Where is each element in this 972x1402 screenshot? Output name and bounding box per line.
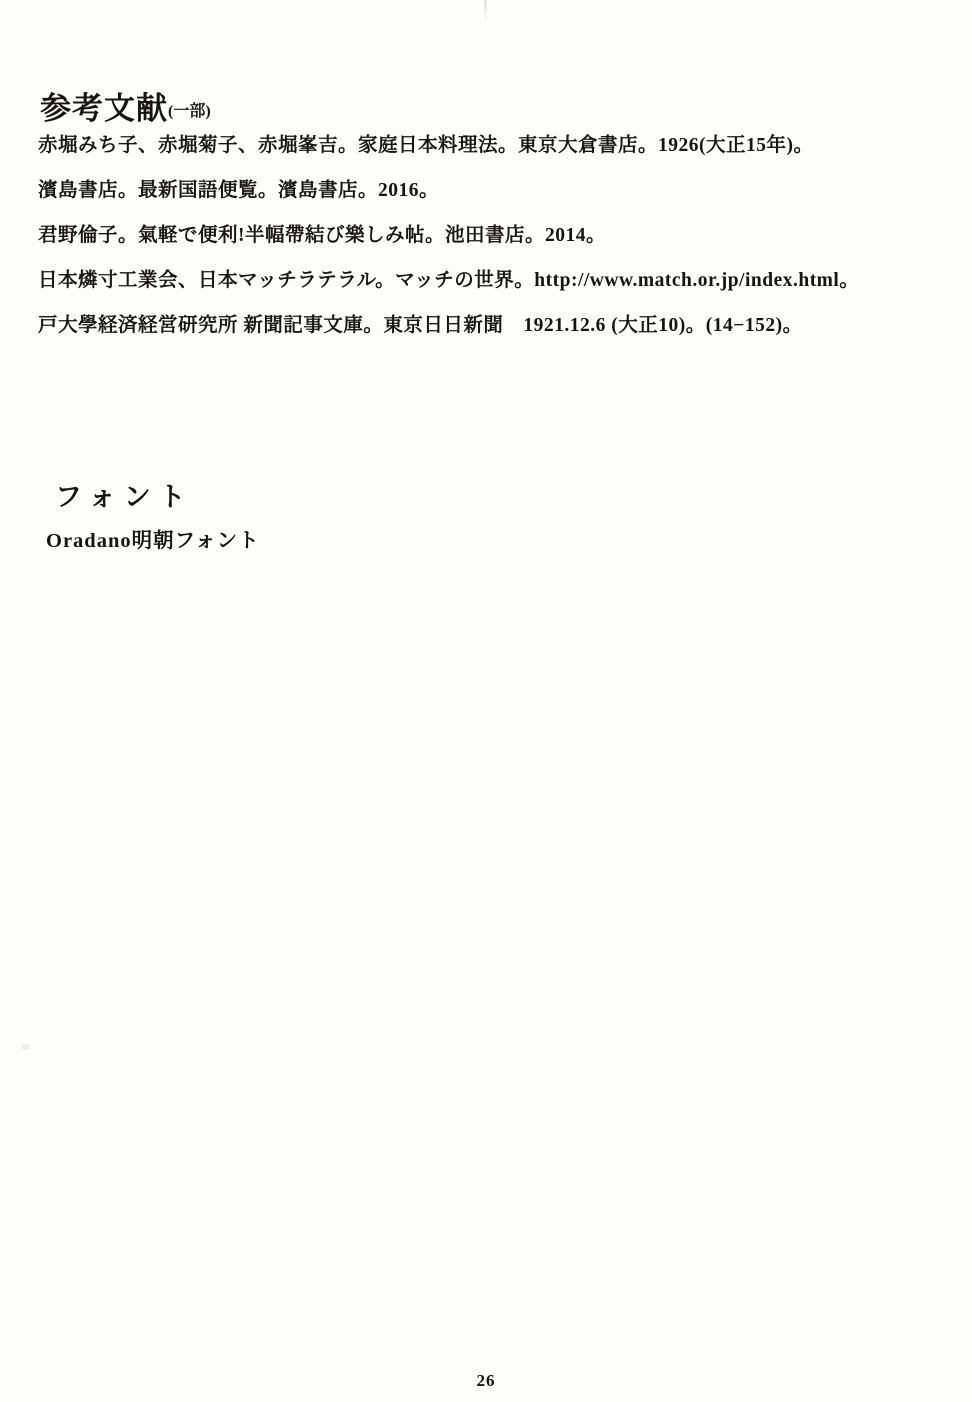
references-heading: 参考文献(一部)	[40, 83, 211, 128]
scan-fold-artifact	[484, 0, 487, 24]
font-list-item: Oradano明朝フォント	[46, 523, 260, 553]
page-number: 26	[0, 1371, 972, 1391]
reference-item: 君野倫子。氣軽で便利!半幅帶結び樂しみ帖。池田書店。2014。	[38, 219, 606, 247]
scan-smudge-artifact	[21, 1044, 30, 1050]
references-heading-text: 参考文献	[40, 91, 168, 126]
fonts-heading: フォント	[55, 475, 194, 514]
reference-item: 赤堀みち子、赤堀菊子、赤堀峯吉。家庭日本料理法。東京大倉書店。1926(大正15…	[38, 129, 814, 157]
scanned-document-page: 参考文献(一部) 赤堀みち子、赤堀菊子、赤堀峯吉。家庭日本料理法。東京大倉書店。…	[0, 0, 972, 1402]
reference-item: 濱島書店。最新国語便覧。濱島書店。2016。	[38, 174, 439, 202]
reference-item: 戸大學経済経営研究所 新聞記事文庫。東京日日新聞 1921.12.6 (大正10…	[38, 309, 803, 337]
reference-item: 日本燐寸工業会、日本マッチラテラル。マッチの世界。http://www.matc…	[38, 264, 859, 292]
references-heading-note: (一部)	[168, 103, 211, 120]
